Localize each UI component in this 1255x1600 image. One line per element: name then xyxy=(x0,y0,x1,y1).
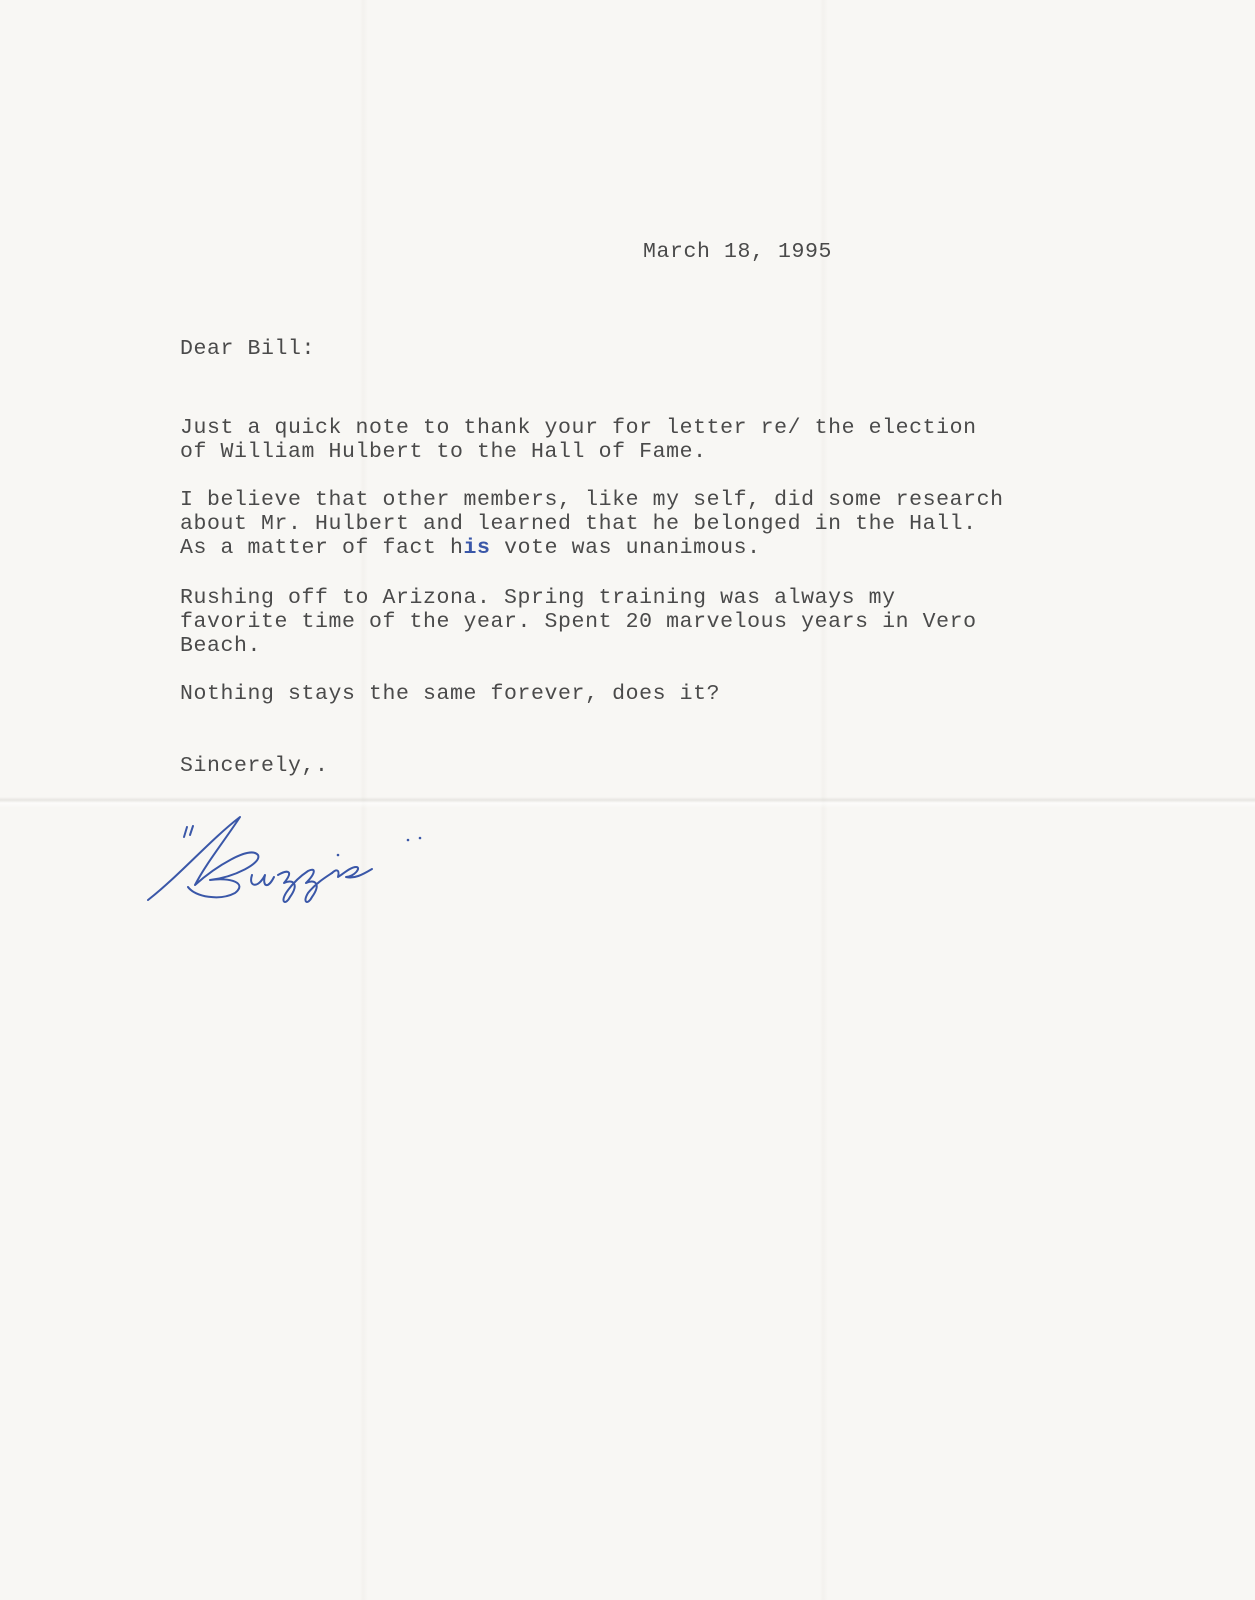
paragraph-1-line-2: of William Hulbert to the Hall of Fame. xyxy=(180,440,707,464)
paragraph-3-line-3: Beach. xyxy=(180,634,261,658)
paragraph-4: Nothing stays the same forever, does it? xyxy=(180,682,720,706)
salutation: Dear Bill: xyxy=(180,337,315,361)
paragraph-3: Rushing off to Arizona. Spring training … xyxy=(180,586,977,658)
paragraph-1-line-1: Just a quick note to thank your for lett… xyxy=(180,416,977,440)
paragraph-3-line-2: favorite time of the year. Spent 20 marv… xyxy=(180,610,977,634)
paragraph-2-line-1: I believe that other members, like my se… xyxy=(180,488,1004,512)
paragraph-2: I believe that other members, like my se… xyxy=(180,488,1004,560)
paragraph-3-line-1: Rushing off to Arizona. Spring training … xyxy=(180,586,896,610)
paragraph-2-line-2: about Mr. Hulbert and learned that he be… xyxy=(180,512,977,536)
closing: Sincerely,. xyxy=(180,754,329,778)
signature xyxy=(140,805,460,925)
letter-date: March 18, 1995 xyxy=(643,240,832,264)
paragraph-4-line-1: Nothing stays the same forever, does it? xyxy=(180,682,720,706)
paragraph-2-line-3a: As a matter of fact h xyxy=(180,536,464,560)
paragraph-1: Just a quick note to thank your for lett… xyxy=(180,416,977,464)
paragraph-2-line-3b: vote was unanimous. xyxy=(491,536,761,560)
letter-paper: March 18, 1995 Dear Bill: Just a quick n… xyxy=(0,0,1255,1600)
handwritten-correction: is xyxy=(464,536,491,560)
